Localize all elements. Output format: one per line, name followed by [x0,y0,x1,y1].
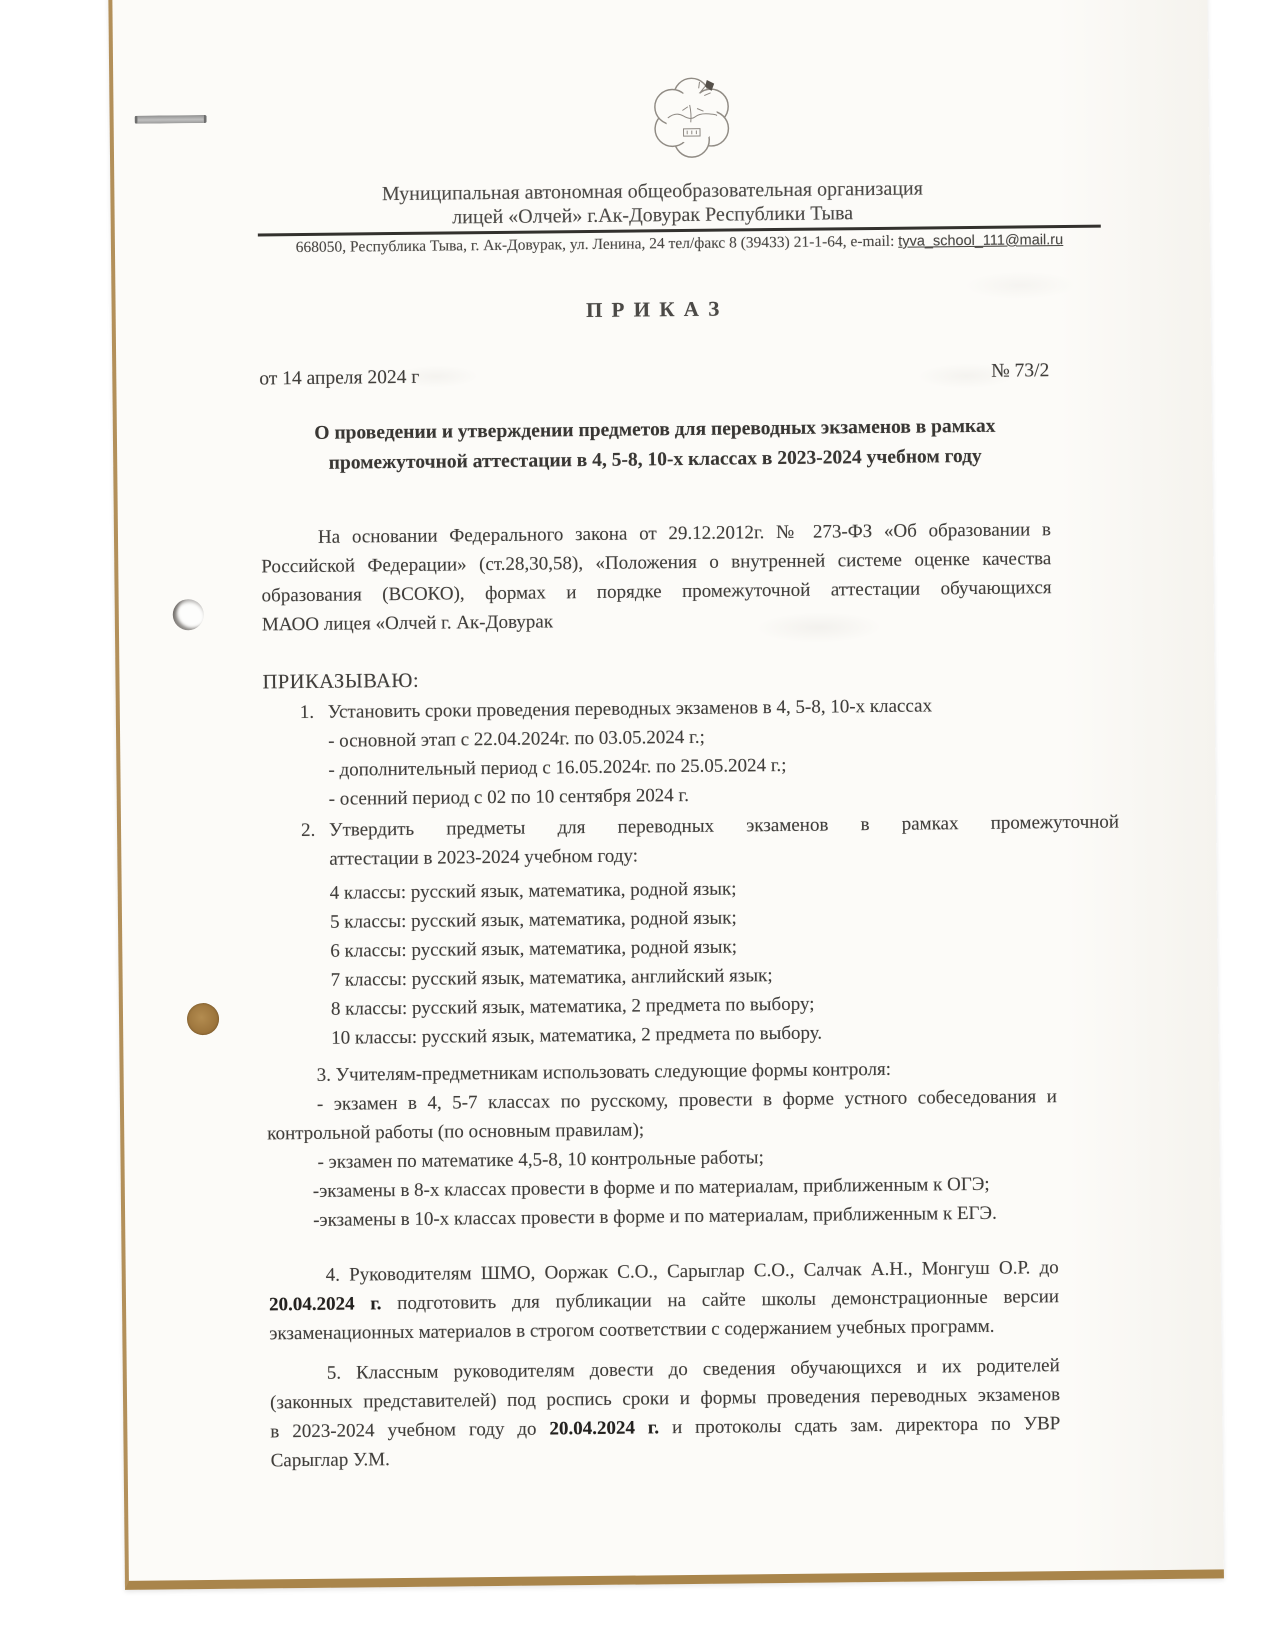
staple-mark [135,115,207,124]
school-emblem-icon [643,71,740,160]
document-content: Муниципальная автономная общеобразовател… [256,68,1114,1476]
item1-text: Установить сроки проведения переводных э… [328,695,932,722]
item5-line-pre: в 2023-2024 учебном году до [270,1418,549,1442]
email-text: tyva_school_111@mail.ru [898,232,1063,250]
date-number-row: от 14 апреля 2024 г № 73/2 [259,356,1049,393]
page-background: Муниципальная автономная общеобразовател… [0,0,1275,1650]
deadline-date-bold: 20.04.2024 г. [269,1293,382,1315]
class-subjects-list: 4 классы: русский язык, математика, родн… [265,871,1057,1053]
document-paper: Муниципальная автономная общеобразовател… [108,0,1224,1590]
preamble-paragraph: На основании Федерального закона от 29.1… [261,515,1052,639]
order-date: от 14 апреля 2024 г [259,363,419,394]
item1-number: 1. [300,698,315,727]
order-item-4: 4. Руководителям ШМО, Ооржак С.О., Сарыг… [269,1253,1060,1348]
order-subject: О проведении и утверждении предметов для… [260,411,1051,479]
punch-hole-top [173,599,204,630]
punch-hole-bottom [187,1003,219,1035]
deadline-date-bold: 20.04.2024 г. [549,1417,659,1439]
address-text: 668050, Республика Тыва, г. Ак-Довурак, … [296,233,899,256]
item2-number: 2. [301,816,316,845]
item2-text: Утвердить предметы для переводных экзаме… [329,811,1119,840]
order-number: № 73/2 [991,356,1049,386]
order-item-5: 5. Классным руководителям довести до све… [270,1351,1061,1475]
order-item-3: 3. Учителям-предметникам использовать сл… [266,1053,1058,1235]
item4-line-rest: подготовить для публикации на сайте школ… [381,1286,1059,1314]
order-heading: П Р И К А З [259,291,1049,328]
item5-line-post: и протоколы сдать зам. директора по УВР [659,1413,1060,1438]
